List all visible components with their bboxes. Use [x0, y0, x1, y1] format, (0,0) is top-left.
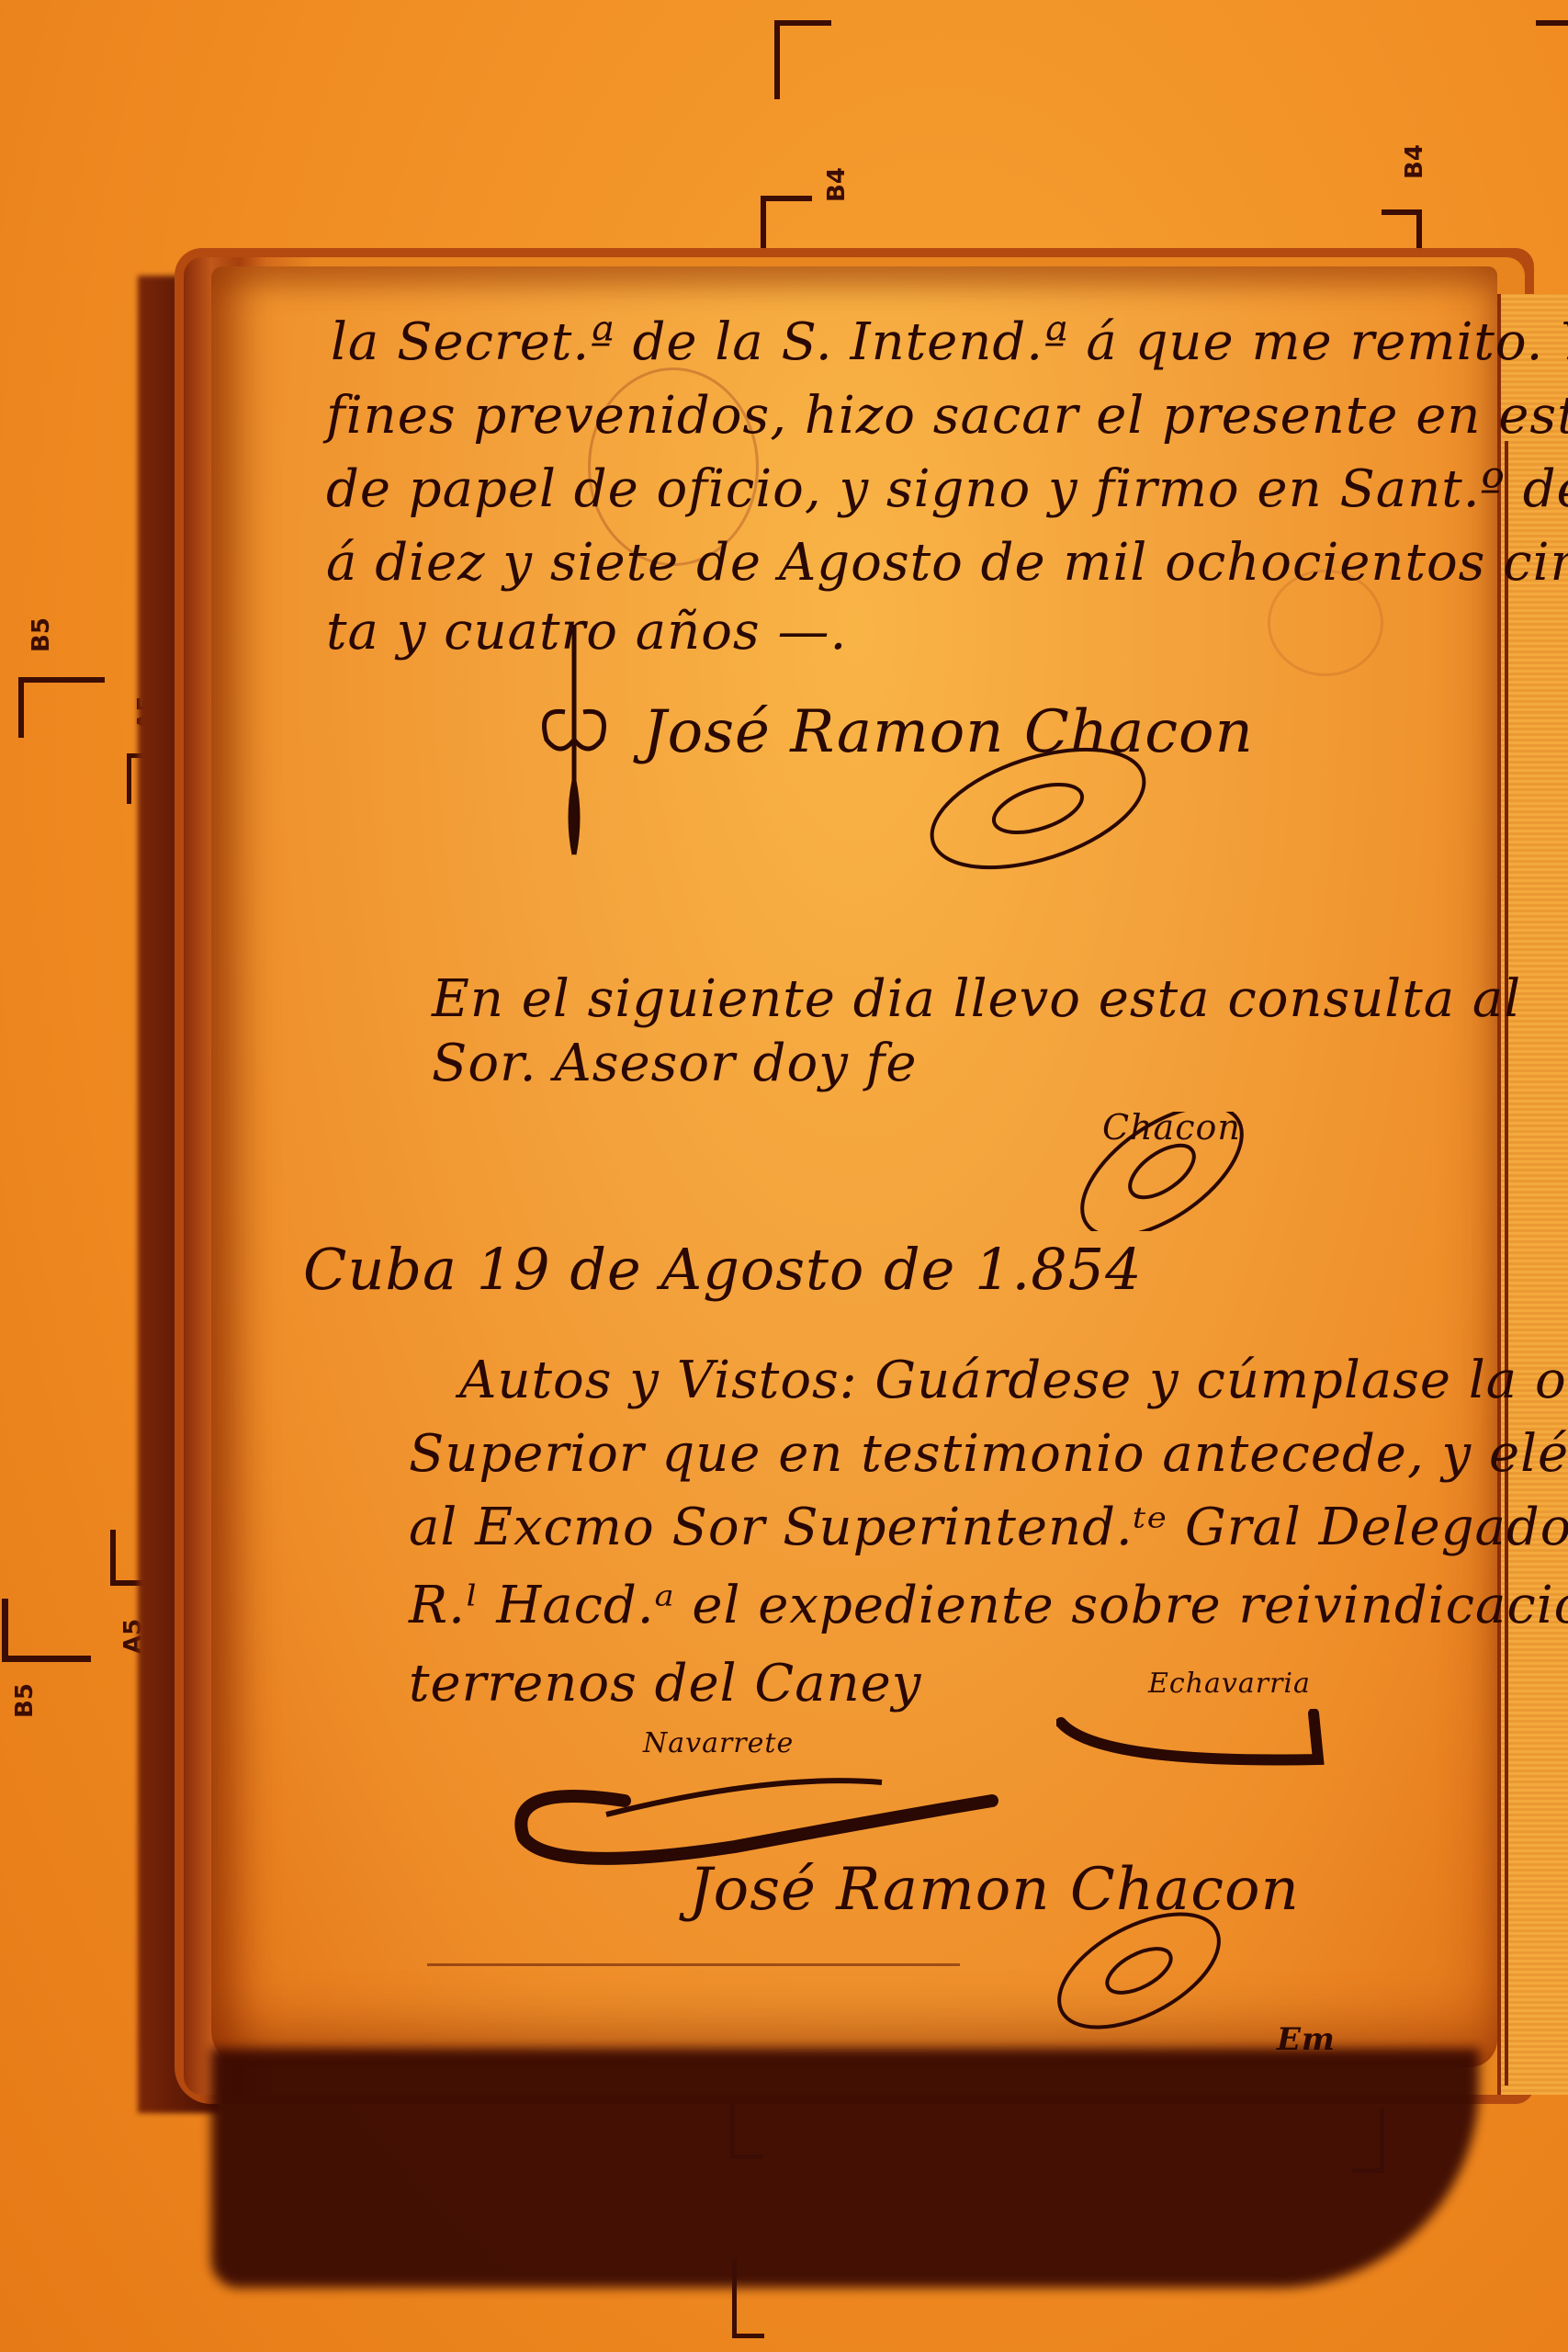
marker-b5-upper: B5: [28, 617, 55, 652]
ruled-line: [427, 1963, 960, 1966]
text-line-4: á diez y siete de Agosto de mil ochocien…: [326, 533, 1568, 593]
order-line-4: R.ˡ Hacd.ᵃ el expediente sobre reivindic…: [409, 1576, 1568, 1635]
crop-mark-b5-upper: [18, 677, 105, 738]
notary-sign-icon: [524, 625, 625, 864]
order-line-3: al Excmo Sor Superintend.ᵗᵉ Gral Delegad…: [409, 1498, 1568, 1557]
crop-mark-top-left: [774, 20, 831, 99]
text-line-1: la Secret.ª de la S. Intend.ª á que me r…: [331, 312, 1568, 372]
crop-mark-b5-lower: [2, 1599, 91, 1662]
rubric-flourish-echavarria: [1056, 1709, 1332, 1782]
rubric-flourish-2: [1056, 1112, 1268, 1231]
note-line-1: En el siguiente dia llevo esta consulta …: [432, 969, 1521, 1029]
text-line-3: de papel de oficio, y signo y firmo en S…: [326, 459, 1568, 519]
note-line-2: Sor. Asesor doy fe: [432, 1034, 918, 1093]
marker-b5-lower: B5: [11, 1683, 39, 1718]
order-line-5: terrenos del Caney: [409, 1654, 921, 1713]
marker-b4-left: B4: [823, 167, 851, 202]
crop-mark-bottom-right: [1352, 2109, 1384, 2173]
order-line-1: Autos y Vistos: Guárdese y cúmplase la o…: [459, 1351, 1568, 1410]
book-bottom-shadow: [211, 2049, 1479, 2288]
signature-navarrete: Navarrete: [643, 1727, 794, 1759]
text-line-2: fines prevenidos, hizo sacar el presente…: [326, 386, 1568, 446]
rubric-flourish-1: [919, 744, 1157, 873]
crop-mark-bottom-left-2: [732, 2260, 764, 2338]
crop-mark-bottom-left: [730, 2104, 762, 2159]
gutter-line: [1505, 441, 1508, 2086]
order-line-2: Superior que en testimonio antecede, y e…: [409, 1424, 1568, 1484]
date-heading: Cuba 19 de Agosto de 1.854: [303, 1236, 1143, 1303]
rubric-flourish-3: [1038, 1911, 1240, 2030]
crop-mark-top-right: [1536, 20, 1568, 62]
marker-b4-right: B4: [1401, 144, 1428, 179]
signature-echavarria: Echavarria: [1148, 1668, 1311, 1700]
catchword: Em: [1277, 2021, 1336, 2058]
